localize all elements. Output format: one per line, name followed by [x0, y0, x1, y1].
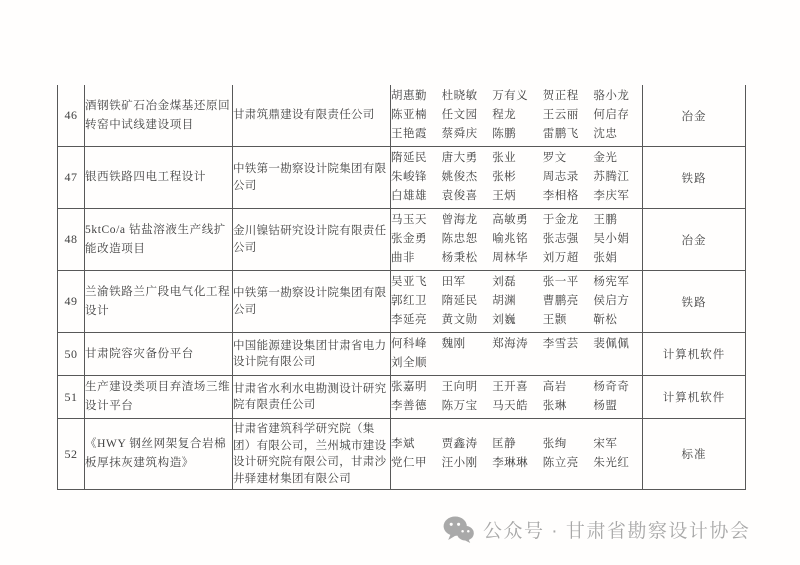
person-name: 张一平 — [543, 273, 592, 292]
names-cell: 李斌贾鑫涛匡静张绚宋军党仁甲汪小刚李琳琳陈立亮朱光红 — [391, 419, 643, 490]
organization-cell: 甘肃省建筑科学研究院（集团）有限公司，兰州城市建设设计研究院有限公司，甘肃沙井驿… — [233, 419, 391, 490]
person-name: 胡惠勤 — [391, 87, 440, 106]
person-name: 党仁甲 — [391, 454, 440, 473]
table-row: 50甘肃院容灾备份平台中国能源建设集团甘肃省电力设计院有限公司何科峰魏刚郑海涛李… — [58, 333, 746, 376]
person-name: 刘磊 — [492, 273, 541, 292]
person-name: 杨盟 — [593, 397, 642, 416]
person-name: 郑海涛 — [492, 335, 541, 354]
table-row: 51生产建设类项目弃渣场三维设计平台甘肃省水利水电勘测设计研究院有限责任公司张嘉… — [58, 376, 746, 419]
names-grid: 李斌贾鑫涛匡静张绚宋军党仁甲汪小刚李琳琳陈立亮朱光红 — [391, 435, 642, 473]
organization-cell: 甘肃筑鼎建设有限责任公司 — [233, 85, 391, 147]
person-name: 雷鹏飞 — [543, 125, 592, 144]
category-cell: 铁路 — [643, 147, 746, 209]
table-row: 485ktCo/a 钴盐溶液生产线扩能改造项目金川镍钴研究设计院有限责任公司马玉… — [58, 209, 746, 271]
project-name-cell: 甘肃院容灾备份平台 — [85, 333, 233, 376]
person-name: 张琳 — [543, 397, 592, 416]
person-name: 匡静 — [492, 435, 541, 454]
category-cell: 铁路 — [643, 271, 746, 333]
person-name: 王开喜 — [492, 378, 541, 397]
person-name: 张业 — [492, 149, 541, 168]
category-cell: 计算机软件 — [643, 376, 746, 419]
person-name: 李善德 — [391, 397, 440, 416]
names-cell: 何科峰魏刚郑海涛李雪芸裴佩佩刘全顺 — [391, 333, 643, 376]
names-cell: 马玉天曾海龙高敏勇于金龙王鹏张金勇陈忠恕喻兆铭张志强吴小娟曲非杨秉松周林华刘万超… — [391, 209, 643, 271]
person-name: 王鹏 — [593, 211, 642, 230]
table-row: 46酒钢铁矿石冶金煤基还原回转窑中试线建设项目甘肃筑鼎建设有限责任公司胡惠勤杜晓… — [58, 85, 746, 147]
page: 46酒钢铁矿石冶金煤基还原回转窑中试线建设项目甘肃筑鼎建设有限责任公司胡惠勤杜晓… — [0, 0, 800, 565]
person-name: 王颢 — [543, 311, 592, 330]
person-name: 刘全顺 — [391, 354, 440, 373]
person-name: 高敏勇 — [492, 211, 541, 230]
person-name: 何科峰 — [391, 335, 440, 354]
person-name: 朱光红 — [593, 454, 642, 473]
names-cell: 吴亚飞田军刘磊张一平杨宪军郭红卫隋延民胡渊曹鹏亮侯启方李延亮黄文勋刘巍王颢靳松 — [391, 271, 643, 333]
person-name: 马玉天 — [391, 211, 440, 230]
organization-cell: 金川镍钴研究设计院有限责任公司 — [233, 209, 391, 271]
names-cell: 张嘉明王向明王开喜高岩杨奇奇李善德陈万宝马天皓张琳杨盟 — [391, 376, 643, 419]
person-name: 张娟 — [593, 249, 642, 268]
category-cell: 标准 — [643, 419, 746, 490]
names-cell: 胡惠勤杜晓敏万有义贺正程骆小龙陈亚楠任文园程龙王云丽何启存王艳霞蔡舜庆陈鹏雷鹏飞… — [391, 85, 643, 147]
names-grid: 隋延民唐大勇张业罗文金光朱峻锋姚俊杰张彬周志录苏腾江白雄雄袁俊喜王炳李相格李庆军 — [391, 149, 642, 206]
person-name: 杨奇奇 — [593, 378, 642, 397]
table-row: 47银西铁路四电工程设计中铁第一勘察设计院集团有限公司隋延民唐大勇张业罗文金光朱… — [58, 147, 746, 209]
row-number-cell: 51 — [58, 376, 85, 419]
person-name: 马天皓 — [492, 397, 541, 416]
names-grid: 吴亚飞田军刘磊张一平杨宪军郭红卫隋延民胡渊曹鹏亮侯启方李延亮黄文勋刘巍王颢靳松 — [391, 273, 642, 330]
person-name: 万有义 — [492, 87, 541, 106]
person-name: 张嘉明 — [391, 378, 440, 397]
person-name: 张金勇 — [391, 230, 440, 249]
organization-cell: 中国能源建设集团甘肃省电力设计院有限公司 — [233, 333, 391, 376]
person-name: 隋延民 — [442, 292, 491, 311]
person-name: 陈亚楠 — [391, 106, 440, 125]
project-name-cell: 酒钢铁矿石冶金煤基还原回转窑中试线建设项目 — [85, 85, 233, 147]
person-name: 吴亚飞 — [391, 273, 440, 292]
category-cell: 冶金 — [643, 85, 746, 147]
project-name-cell: 5ktCo/a 钴盐溶液生产线扩能改造项目 — [85, 209, 233, 271]
person-name: 陈立亮 — [543, 454, 592, 473]
person-name: 陈忠恕 — [442, 230, 491, 249]
organization-cell: 中铁第一勘察设计院集团有限公司 — [233, 271, 391, 333]
person-name: 程龙 — [492, 106, 541, 125]
names-grid: 张嘉明王向明王开喜高岩杨奇奇李善德陈万宝马天皓张琳杨盟 — [391, 378, 642, 416]
person-name: 田军 — [442, 273, 491, 292]
award-table: 46酒钢铁矿石冶金煤基还原回转窑中试线建设项目甘肃筑鼎建设有限责任公司胡惠勤杜晓… — [57, 85, 746, 490]
person-name: 李琳琳 — [492, 454, 541, 473]
names-grid: 何科峰魏刚郑海涛李雪芸裴佩佩刘全顺 — [391, 335, 642, 373]
person-name: 姚俊杰 — [442, 168, 491, 187]
person-name: 唐大勇 — [442, 149, 491, 168]
person-name: 袁俊喜 — [442, 187, 491, 206]
person-name: 金光 — [593, 149, 642, 168]
row-number-cell: 46 — [58, 85, 85, 147]
table-row: 49兰渝铁路兰广段电气化工程设计中铁第一勘察设计院集团有限公司吴亚飞田军刘磊张一… — [58, 271, 746, 333]
award-table-body: 46酒钢铁矿石冶金煤基还原回转窑中试线建设项目甘肃筑鼎建设有限责任公司胡惠勤杜晓… — [58, 85, 746, 490]
person-name: 蔡舜庆 — [442, 125, 491, 144]
person-name: 沈忠 — [593, 125, 642, 144]
person-name: 张彬 — [492, 168, 541, 187]
person-name: 胡渊 — [492, 292, 541, 311]
person-name: 罗文 — [543, 149, 592, 168]
person-name: 苏腾江 — [593, 168, 642, 187]
wechat-footer: 公众号 · 甘肃省勘察设计协会 — [443, 512, 750, 546]
person-name: 王向明 — [442, 378, 491, 397]
project-name-cell: 银西铁路四电工程设计 — [85, 147, 233, 209]
person-name: 于金龙 — [543, 211, 592, 230]
names-grid: 马玉天曾海龙高敏勇于金龙王鹏张金勇陈忠恕喻兆铭张志强吴小娟曲非杨秉松周林华刘万超… — [391, 211, 642, 268]
person-name: 贺正程 — [543, 87, 592, 106]
person-name: 李延亮 — [391, 311, 440, 330]
person-name: 魏刚 — [442, 335, 491, 354]
person-name: 周志录 — [543, 168, 592, 187]
row-number-cell: 48 — [58, 209, 85, 271]
person-name: 李庆军 — [593, 187, 642, 206]
person-name: 吴小娟 — [593, 230, 642, 249]
person-name: 杨秉松 — [442, 249, 491, 268]
person-name: 陈万宝 — [442, 397, 491, 416]
person-name: 李雪芸 — [543, 335, 592, 354]
person-name: 贾鑫涛 — [442, 435, 491, 454]
person-name: 喻兆铭 — [492, 230, 541, 249]
project-name-cell: 兰渝铁路兰广段电气化工程设计 — [85, 271, 233, 333]
wechat-icon — [443, 516, 474, 543]
person-name: 任文园 — [442, 106, 491, 125]
person-name: 曲非 — [391, 249, 440, 268]
person-name: 隋延民 — [391, 149, 440, 168]
person-name: 黄文勋 — [442, 311, 491, 330]
person-name: 王炳 — [492, 187, 541, 206]
person-name: 张绚 — [543, 435, 592, 454]
person-name: 曾海龙 — [442, 211, 491, 230]
person-name: 刘万超 — [543, 249, 592, 268]
person-name: 靳松 — [593, 311, 642, 330]
organization-cell: 甘肃省水利水电勘测设计研究院有限责任公司 — [233, 376, 391, 419]
row-number-cell: 52 — [58, 419, 85, 490]
project-name-cell: 《HWY 钢丝网架复合岩棉板厚抹灰建筑构造》 — [85, 419, 233, 490]
names-cell: 隋延民唐大勇张业罗文金光朱峻锋姚俊杰张彬周志录苏腾江白雄雄袁俊喜王炳李相格李庆军 — [391, 147, 643, 209]
person-name: 郭红卫 — [391, 292, 440, 311]
person-name: 张志强 — [543, 230, 592, 249]
person-name: 王艳霞 — [391, 125, 440, 144]
person-name: 侯启方 — [593, 292, 642, 311]
person-name: 汪小刚 — [442, 454, 491, 473]
person-name: 朱峻锋 — [391, 168, 440, 187]
person-name: 陈鹏 — [492, 125, 541, 144]
person-name: 杜晓敏 — [442, 87, 491, 106]
person-name: 白雄雄 — [391, 187, 440, 206]
footer-label: 公众号 · 甘肃省勘察设计协会 — [483, 516, 750, 543]
project-name-cell: 生产建设类项目弃渣场三维设计平台 — [85, 376, 233, 419]
person-name: 周林华 — [492, 249, 541, 268]
table-row: 52《HWY 钢丝网架复合岩棉板厚抹灰建筑构造》甘肃省建筑科学研究院（集团）有限… — [58, 419, 746, 490]
row-number-cell: 50 — [58, 333, 85, 376]
person-name: 杨宪军 — [593, 273, 642, 292]
category-cell: 冶金 — [643, 209, 746, 271]
person-name: 骆小龙 — [593, 87, 642, 106]
category-cell: 计算机软件 — [643, 333, 746, 376]
person-name: 宋军 — [593, 435, 642, 454]
organization-cell: 中铁第一勘察设计院集团有限公司 — [233, 147, 391, 209]
names-grid: 胡惠勤杜晓敏万有义贺正程骆小龙陈亚楠任文园程龙王云丽何启存王艳霞蔡舜庆陈鹏雷鹏飞… — [391, 87, 642, 144]
person-name: 刘巍 — [492, 311, 541, 330]
person-name: 裴佩佩 — [593, 335, 642, 354]
person-name: 李相格 — [543, 187, 592, 206]
person-name: 曹鹏亮 — [543, 292, 592, 311]
row-number-cell: 49 — [58, 271, 85, 333]
row-number-cell: 47 — [58, 147, 85, 209]
person-name: 李斌 — [391, 435, 440, 454]
person-name: 王云丽 — [543, 106, 592, 125]
person-name: 高岩 — [543, 378, 592, 397]
person-name: 何启存 — [593, 106, 642, 125]
